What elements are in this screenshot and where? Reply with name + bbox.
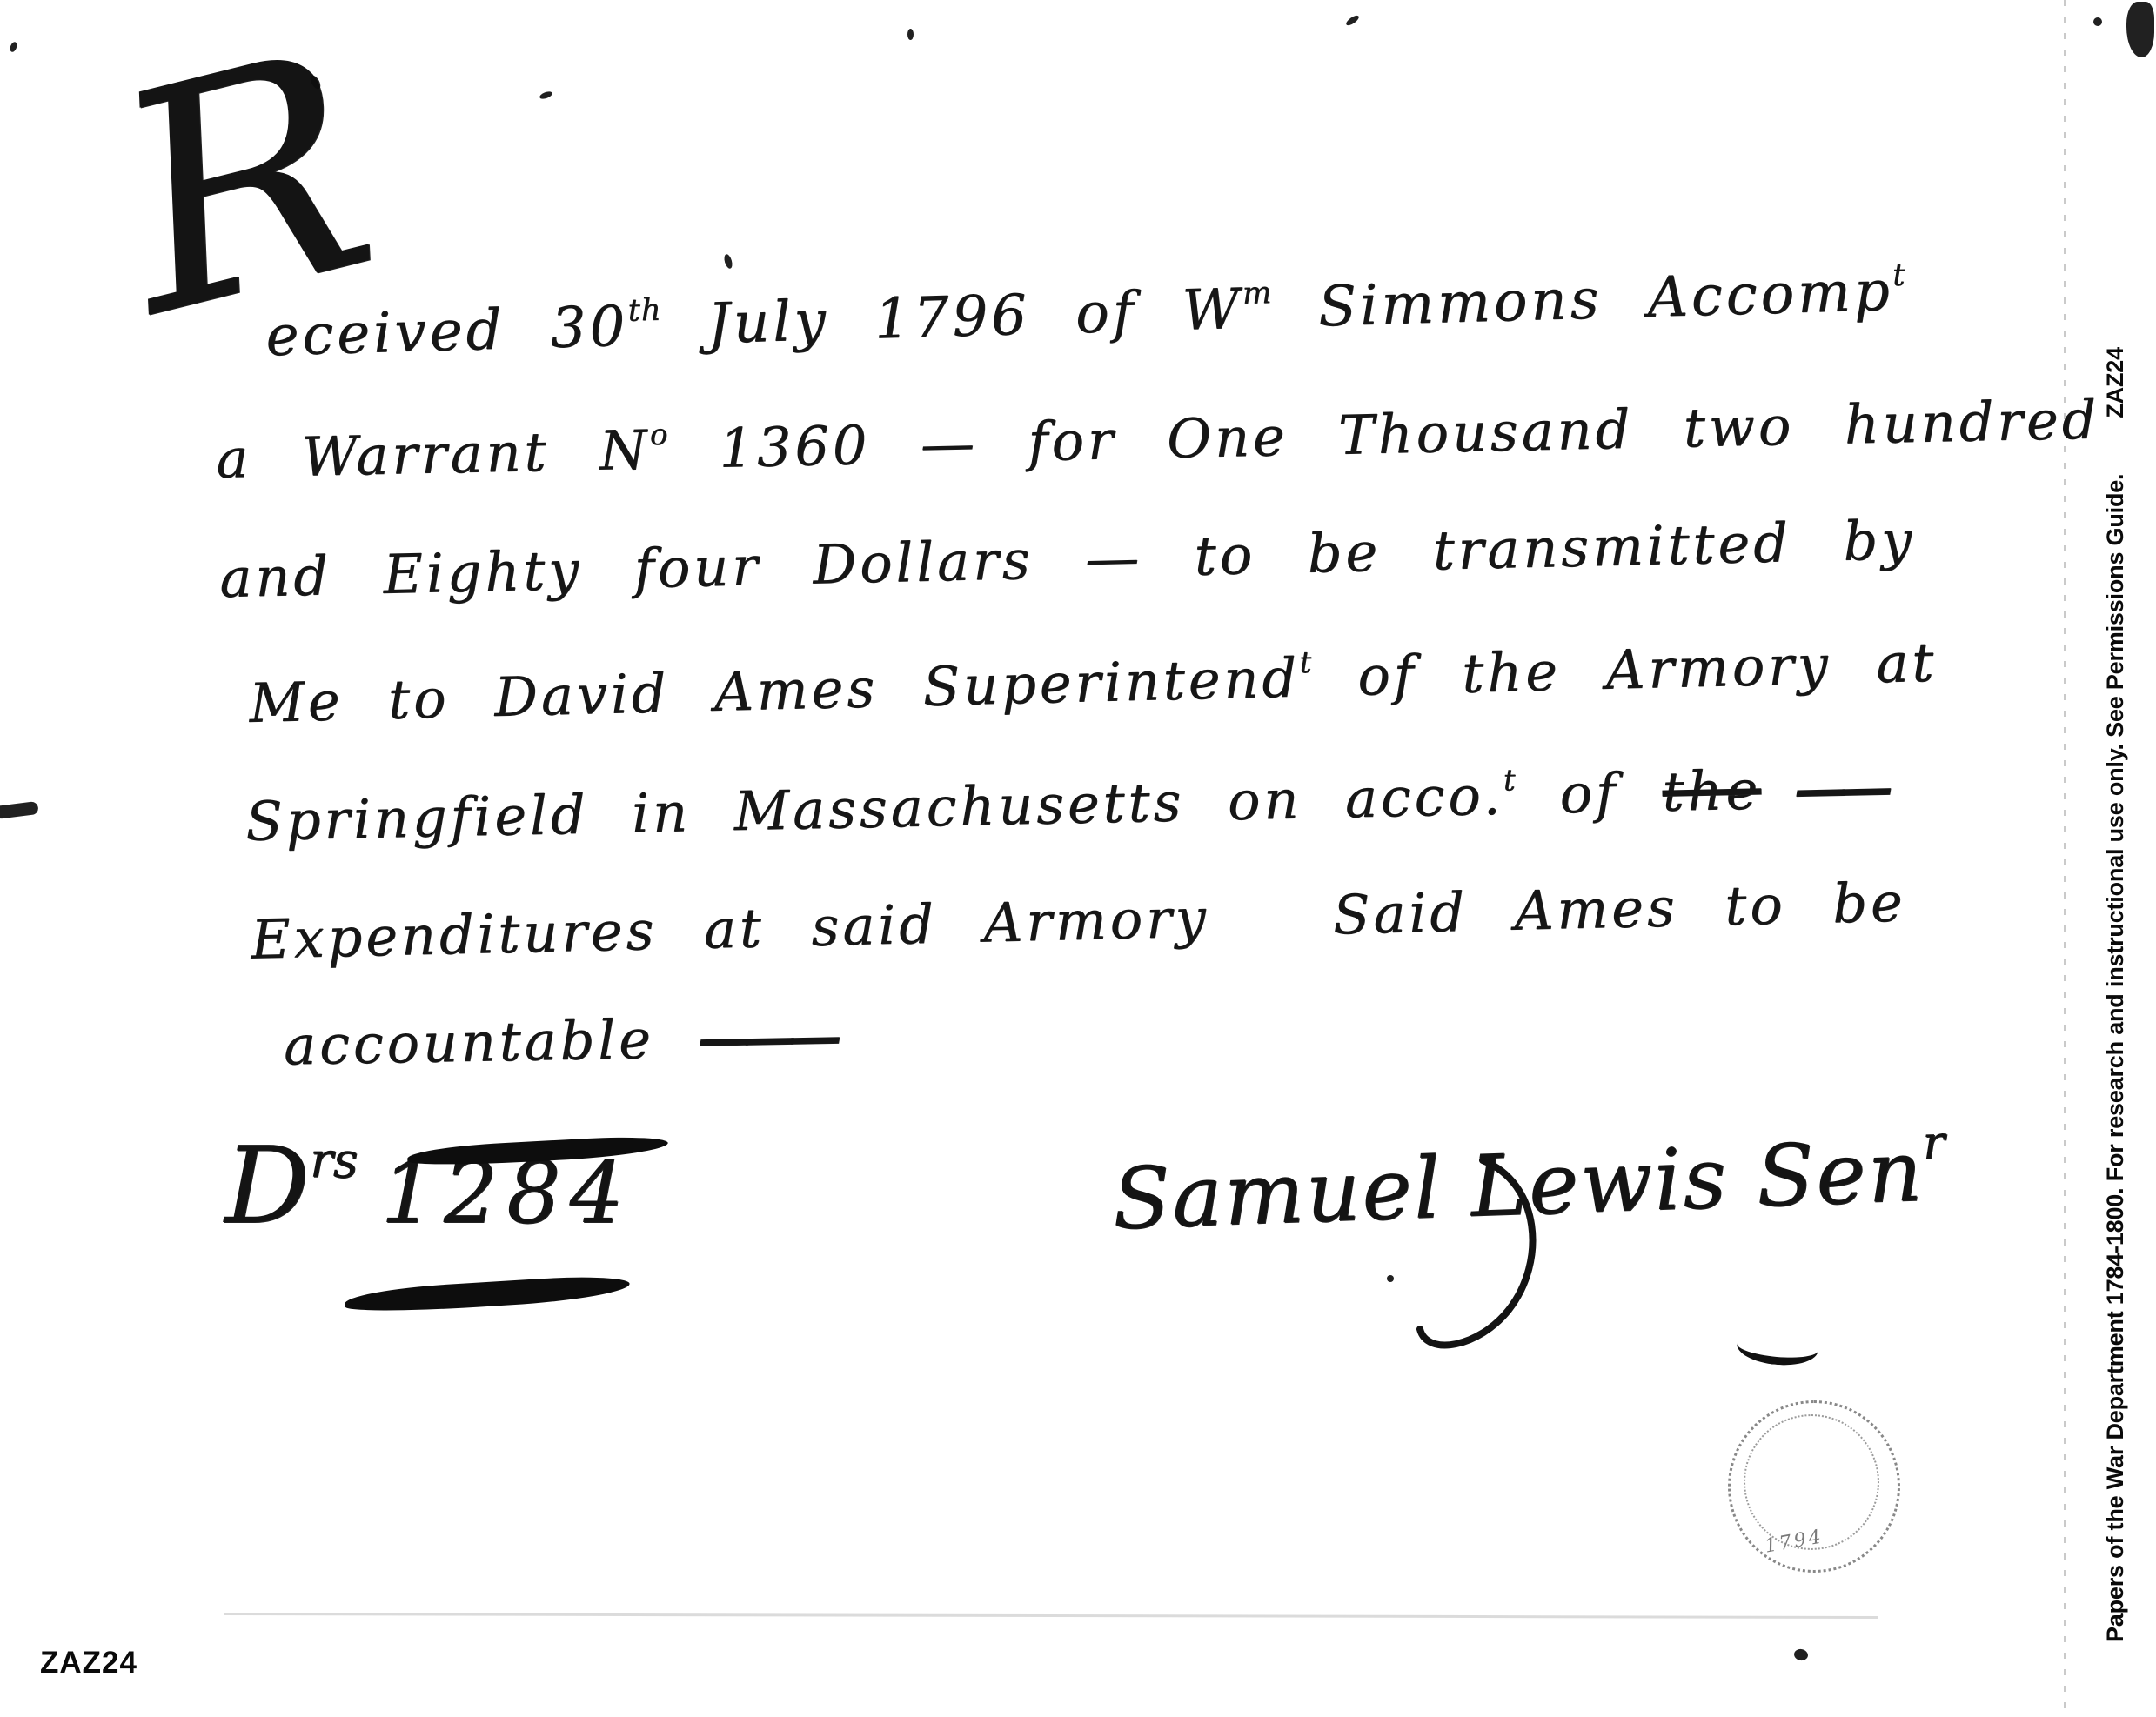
line3-text: and Eighty four Dollars — to be transmit… <box>218 508 1915 610</box>
ink-speck <box>9 41 18 53</box>
superscript-o: o <box>649 418 668 452</box>
line2-text: 1360 — for One Thousand two hundred <box>668 388 2100 481</box>
pen-dash: —— <box>1760 755 1885 821</box>
handwritten-line-1: eceived 30th July 1796 of Wm Simmons Acc… <box>264 257 1906 370</box>
signature-superscript-r: r <box>1921 1114 1946 1170</box>
line4-text: of the Armory at <box>1312 630 1938 709</box>
line7-text: accountable <box>283 1006 698 1077</box>
ink-speck <box>907 29 914 40</box>
line1-text: July 1796 of W <box>661 277 1244 358</box>
currency-superscript: rs <box>310 1132 358 1189</box>
line2-text: a Warrant N <box>215 418 650 490</box>
margin-pen-mark <box>0 801 39 819</box>
archive-strip-code: ZAZ24 <box>2102 347 2128 418</box>
line1-text: Simmons Accomp <box>1272 259 1894 341</box>
handwritten-line-6: Expenditures at said Armory Said Ames to… <box>250 870 1906 971</box>
currency-abbrev: D <box>224 1124 310 1247</box>
line5-text: Springfield in Massachusetts on acco. <box>244 764 1503 853</box>
superscript-t: t <box>1299 645 1313 680</box>
line4-text: Me to David Ames Superintend <box>248 645 1300 734</box>
corner-smudge <box>2126 2 2154 57</box>
pen-dash: ——— <box>697 1004 834 1070</box>
superscript-t: t <box>1503 763 1517 798</box>
handwritten-line-7: accountable ——— <box>283 1004 834 1077</box>
scan-artifact-streak <box>224 1613 1878 1619</box>
line5-text: of <box>1516 760 1663 826</box>
ink-speck <box>723 253 733 270</box>
handwritten-line-5: Springfield in Massachusetts on acco.t o… <box>244 755 1885 853</box>
archive-strip-text: Papers of the War Department 1784-1800. … <box>2102 474 2128 1642</box>
catalog-code: ZAZ24 <box>40 1646 137 1680</box>
scanned-receipt-page: R eceived 30th July 1796 of Wm Simmons A… <box>0 0 2156 1717</box>
archive-permission-strip: Papers of the War Department 1784-1800. … <box>2102 347 2129 1642</box>
pen-arc-mark <box>1735 1326 1819 1368</box>
handwritten-line-4: Me to David Ames Superintendt of the Arm… <box>248 630 1938 735</box>
struck-out-word: the <box>1662 758 1762 823</box>
superscript-t: t <box>1892 257 1905 293</box>
ink-speck <box>1793 1648 1809 1662</box>
handwritten-line-3: and Eighty four Dollars — to be transmit… <box>218 508 1915 610</box>
ink-speck <box>1387 1275 1394 1282</box>
ink-speck <box>1345 14 1361 27</box>
embossed-stamp: 1794 <box>1728 1400 1902 1574</box>
signature-flourish <box>1403 1150 1550 1363</box>
ink-speck <box>2093 17 2102 26</box>
ink-speck <box>539 90 552 101</box>
handwritten-line-2: a Warrant No 1360 — for One Thousand two… <box>215 387 2099 491</box>
ink-rule-below-amount <box>344 1273 630 1315</box>
scan-artifact-vertical-line <box>2064 0 2066 1717</box>
line1-text: eceived 30 <box>264 295 629 370</box>
superscript-m: m <box>1242 275 1273 311</box>
superscript-th: th <box>627 292 662 329</box>
line6-text: Expenditures at said Armory Said Ames to… <box>250 870 1906 971</box>
